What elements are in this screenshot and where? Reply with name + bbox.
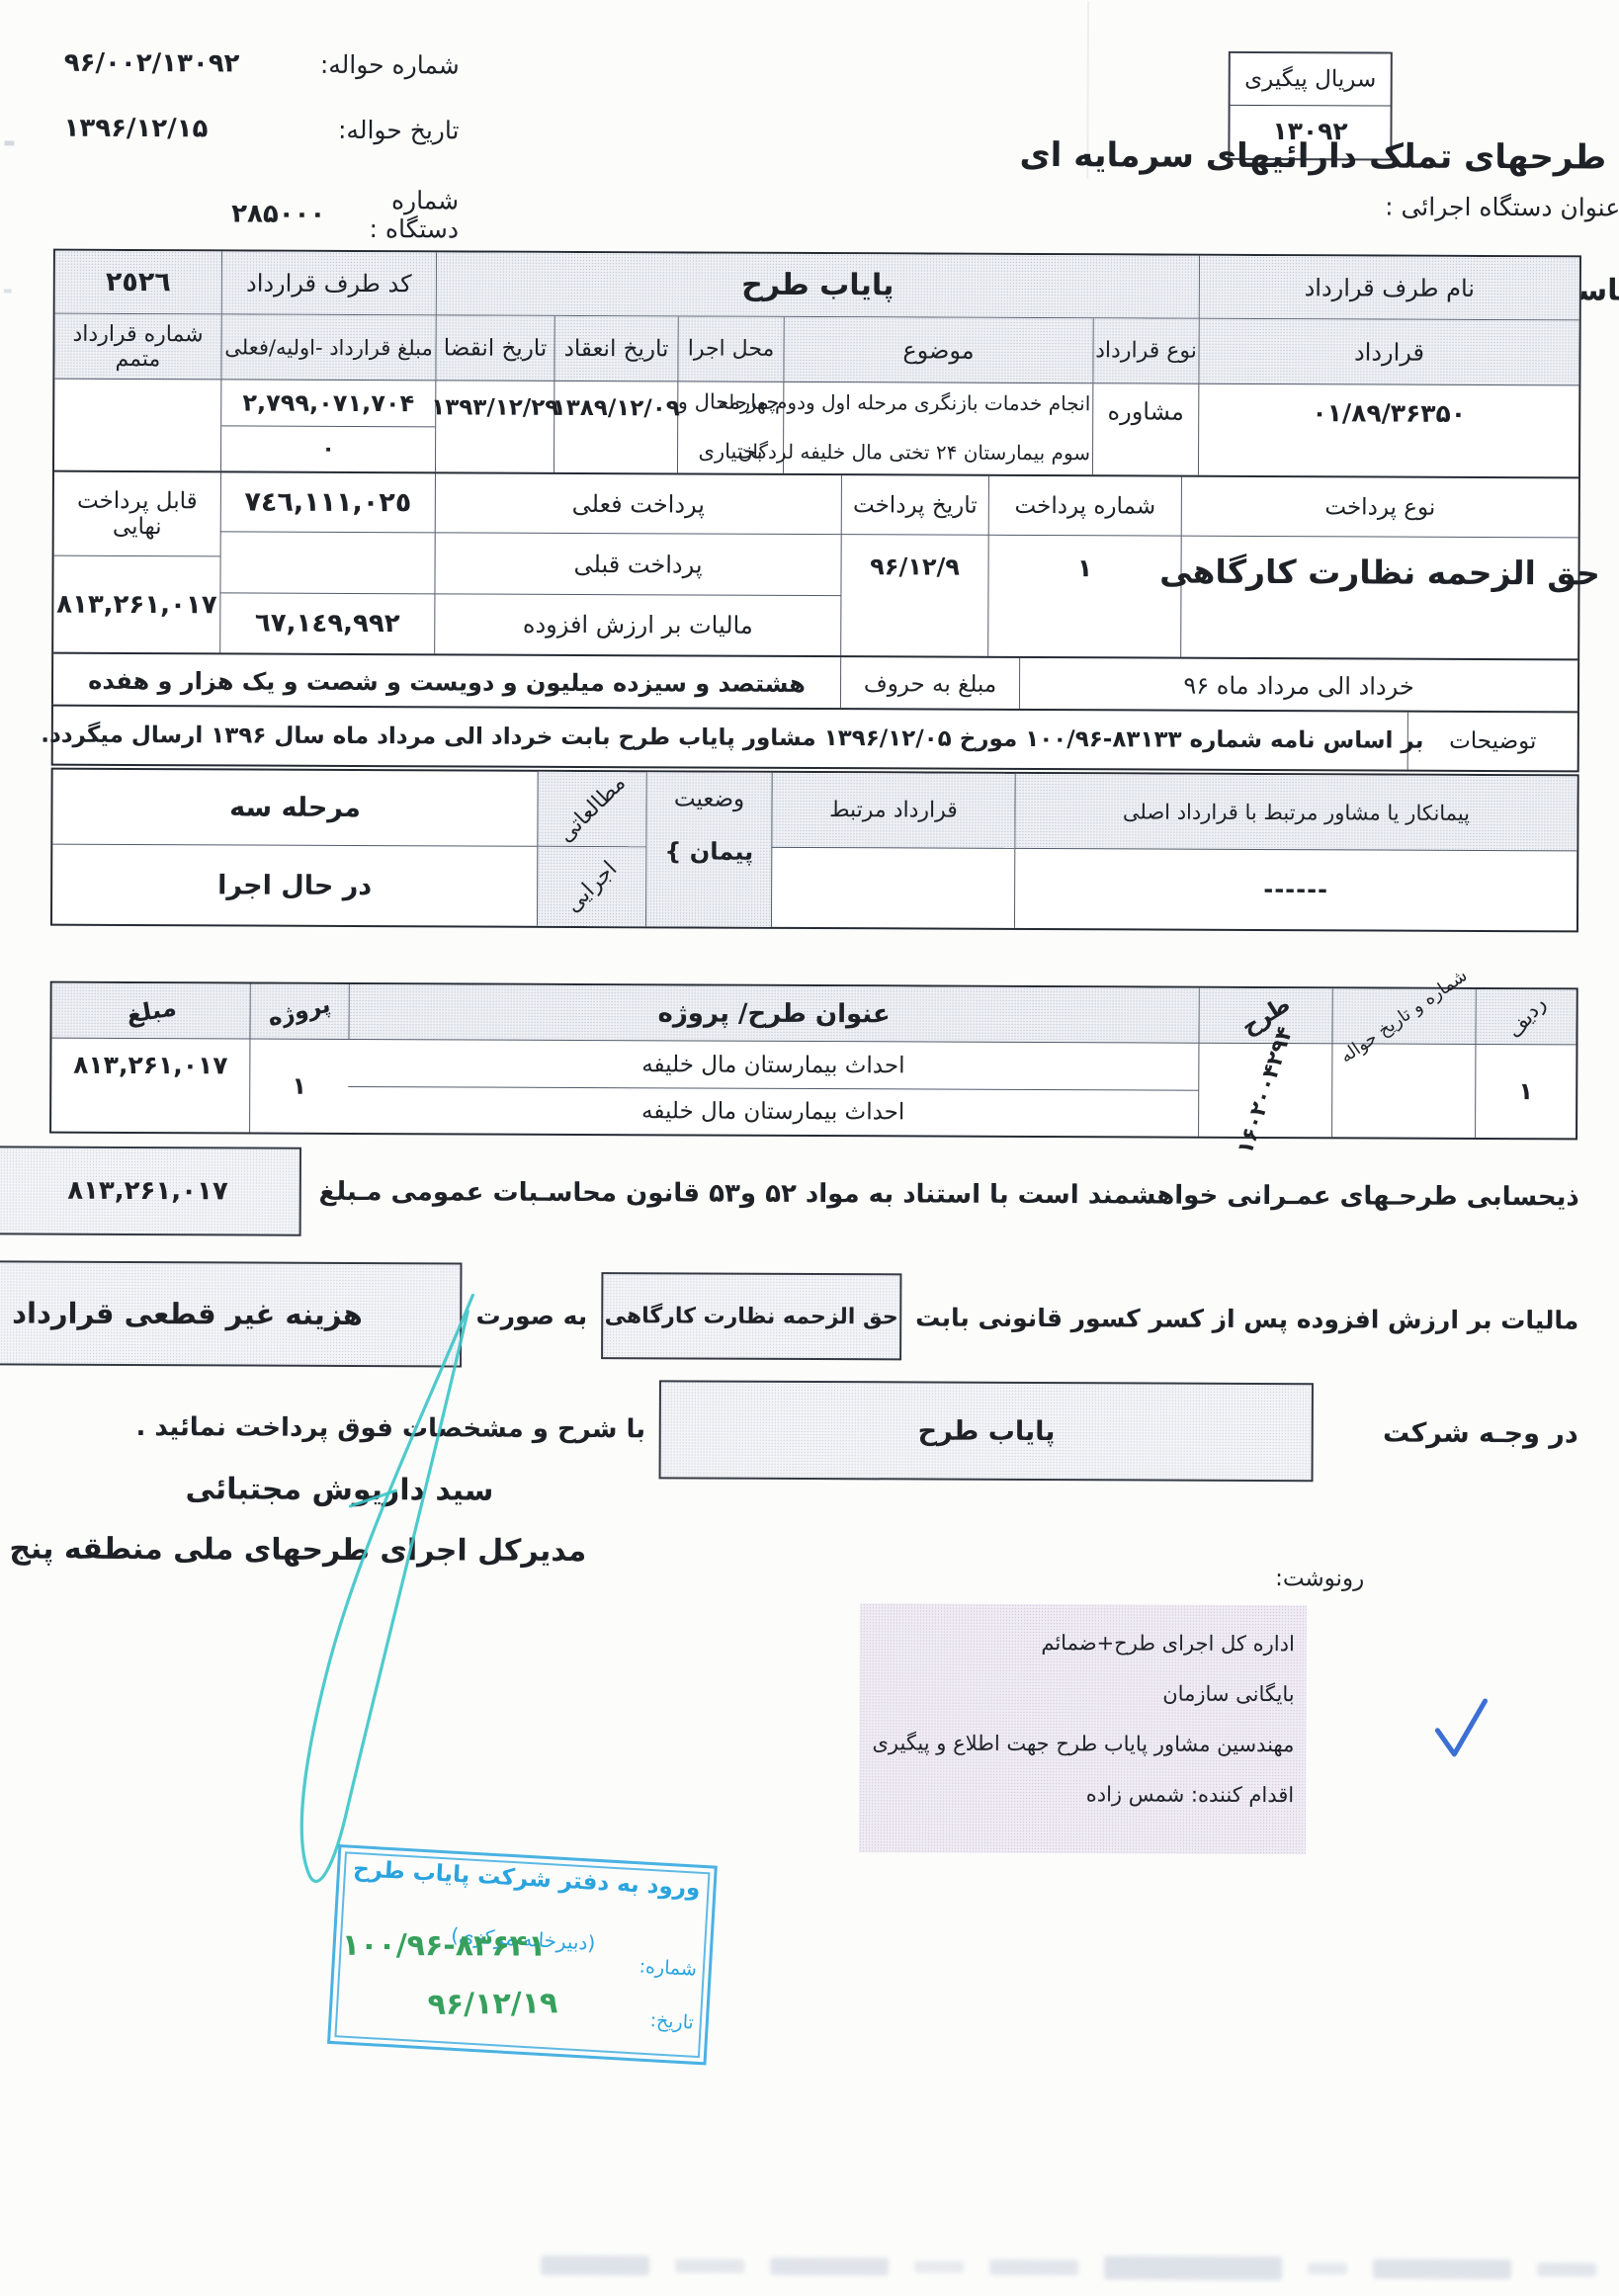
amount-header: مبلغ <box>124 992 178 1028</box>
pay-type-value: حق الزحمه نظارت کارگاهی <box>1180 537 1578 659</box>
pay-date-value: ۹۶/۱۲/۹ <box>840 535 988 656</box>
havaleh-number-value: ۹۶/۰۰۲/۱۳۰۹۲ <box>64 48 240 79</box>
order-paytype-box: حق الزحمه نظارت کارگاهی <box>601 1272 901 1360</box>
device-number-label: شماره دستگاه : <box>325 186 459 244</box>
contract-info-grid: نام طرف قرارداد پایاب طرح کد طرف قرارداد… <box>54 251 1579 477</box>
study-value: اجرایی <box>561 856 623 917</box>
location-cell: چهارمحال و بختیاری <box>677 382 783 472</box>
signatory-name: سید داریوش مجتبائی <box>92 1472 586 1508</box>
copies-label: رونوشت: <box>1275 1566 1364 1591</box>
scan-edge-artifact <box>4 140 14 145</box>
budget-title-line1: احداث بیمارستان مال خلیفه <box>348 1040 1198 1091</box>
study-header-cell: مطالعاتی <box>537 772 645 847</box>
budget-havaleh-ref <box>1331 1044 1475 1138</box>
party-code-label-cell: کد طرف قرارداد <box>221 251 436 315</box>
order-line3: در وجـه شرکت پایاب طرح با شرح و مشخصات ف… <box>39 1379 1578 1483</box>
device-number-row: شماره دستگاه : ۲۸۵۰۰۰ <box>63 185 459 244</box>
sign-date-cell: ۱۳۸۹/۱۲/۰۹ <box>554 382 677 473</box>
copies-item: بایگانی سازمان <box>859 1667 1294 1720</box>
payment-period-cell: خرداد الی مرداد ماه ۹۶ <box>1019 658 1577 714</box>
related-party-header: پیمانکار یا مشاور مرتبط با قرارداد اصلی <box>1014 774 1576 851</box>
project-header: پروژه <box>266 991 333 1031</box>
tracking-serial-label: سریال پیگیری <box>1231 53 1391 107</box>
scan-edge-artifact <box>4 289 12 293</box>
pay-type-header: نوع پرداخت <box>1181 477 1578 539</box>
amount-col-header: مبلغ قرارداد -اولیه/فعلی <box>220 314 435 381</box>
final-payable-cell: قابل پرداخت نهایی ۸۱۳,۲۶۱,۰۱۷ <box>53 472 220 653</box>
stamp-number-label: شماره: <box>639 1955 697 1980</box>
current-payment-value: ٧٤٦,١١١,٠٢٥ <box>220 472 435 533</box>
stage-value: در حال اجرا <box>52 845 537 926</box>
amount-header-cell: مبلغ <box>51 983 249 1040</box>
location-line1: چهارمحال و <box>682 389 779 413</box>
final-payable-label: قابل پرداخت نهایی <box>54 472 220 557</box>
vat-value: ٦٧,١٤٩,٩٩٢ <box>219 593 434 653</box>
contract-amount-value: ۲,۷۹۹,۰۷۱,۷۰۴ <box>221 380 435 427</box>
subject-line2: سوم بیمارستان ۲۴ تختی مال خلیفه لردگان <box>786 440 1090 465</box>
order-company-box: پایاب طرح <box>659 1380 1314 1482</box>
sign-date-col-header: تاریخ انعقاد <box>554 316 677 383</box>
pay-date-header: تاریخ پرداخت <box>841 475 988 536</box>
copies-item: اقدام کننده: شمس زاده <box>859 1768 1294 1821</box>
contract-type-cell: مشاوره <box>1092 383 1198 474</box>
status-header: وضعیت <box>674 786 744 811</box>
budget-title-line2: احداث بیمارستان مال خلیفه <box>348 1087 1198 1137</box>
budget-table: ردیف شماره و تاریخ حواله طرح عنوان طرح/ … <box>49 981 1578 1141</box>
vat-label: مالیات بر ارزش افزوده <box>434 594 840 655</box>
notes-box: توضیحات بر اساس نامه شماره ۸۳۱۳۳-۱۰۰/۹۶ … <box>51 705 1579 773</box>
contract-type-col-header: نوع قرارداد <box>1092 318 1198 383</box>
status-column: وضعیت پیمان } <box>645 772 772 927</box>
stage-header: مرحله سه <box>52 770 537 847</box>
device-number-value: ۲۸۵۰۰۰ <box>231 199 325 228</box>
signatory-block: سید داریوش مجتبائی مدیرکل اجرای طرحهای م… <box>92 1472 586 1569</box>
contract-amount-secondary: ۰ <box>221 426 435 471</box>
previous-payment-value <box>219 532 434 594</box>
contract-amount-cell: ۲,۷۹۹,۰۷۱,۷۰۴ ۰ <box>220 380 435 471</box>
havaleh-ref-header-cell: شماره و تاریخ حواله <box>1331 988 1475 1045</box>
contract-col-header: قرارداد <box>1198 319 1578 386</box>
supplement-cell <box>54 380 220 471</box>
order-line2-text-b: به صورت <box>475 1301 587 1329</box>
scanned-payment-order-document: { "serial_box": { "label": "سریال پیگیری… <box>0 0 1619 2296</box>
subject-cell: انجام خدمات بازنگری مرحله اول ودوم مرحله… <box>783 383 1092 474</box>
order-amount-box: ۸۱۳,۲۶۱,۰۱۷ <box>0 1146 301 1235</box>
party-code-value-cell: ٢٥٢٦ <box>55 251 221 315</box>
stamp-number-handwritten: ۱۰۰/۹۶-۸۳۶۴۱ <box>342 1928 547 1964</box>
related-party-value: ------ <box>1014 849 1576 930</box>
budget-row-number: ۱ <box>1475 1045 1576 1138</box>
havaleh-number-row: شماره حواله: ۹۶/۰۰۲/۱۳۰۹۲ <box>64 48 460 80</box>
pay-number-header: شماره پرداخت <box>988 476 1181 537</box>
location-line2: بختیاری <box>682 439 779 463</box>
row-number-header: ردیف <box>1502 991 1551 1042</box>
agency-label: عنوان دستگاه اجرائی : <box>1388 193 1619 222</box>
stamp-date-handwritten: ۹۶/۱۲/۱۹ <box>427 1986 557 2022</box>
notes-label: توضیحات <box>1407 713 1577 771</box>
party-name-value-cell: پایاب طرح <box>436 252 1199 318</box>
pay-number-value: ۱ <box>987 536 1181 657</box>
row-number-header-cell: ردیف <box>1475 989 1576 1045</box>
order-line1: ذیحسابی طرحـهای عمـرانی خواهشمند است با … <box>40 1146 1579 1243</box>
order-expense-type-box: هزینه غیر قطعی قرارداد <box>0 1260 463 1367</box>
subject-col-header: موضوع <box>783 317 1092 383</box>
study-header: مطالعاتی <box>554 771 631 848</box>
order-line2: مالیات بر ارزش افزوده پس از کسر کسور قان… <box>39 1262 1578 1372</box>
copies-box: اداره کل اجرای طرح+ضمائم بایگانی سازمان … <box>859 1603 1307 1854</box>
havaleh-number-label: شماره حواله: <box>320 49 460 79</box>
expire-date-cell: ۱۳۹۳/۱۲/۲۹ <box>435 381 554 472</box>
contract-table: نام طرف قرارداد پایاب طرح کد طرف قرارداد… <box>51 249 1581 717</box>
order-line3-text-a: در وجـه شرکت <box>1383 1417 1578 1449</box>
notes-text: بر اساس نامه شماره ۸۳۱۳۳-۱۰۰/۹۶ مورخ ۱۳۹… <box>57 707 1407 770</box>
document-title: حواله پرداخت طرحهای تملک دارائیهای سرمای… <box>936 131 1619 183</box>
amount-words-value: هشتصد و سیزده میلیون و دویست و شصت و یک … <box>53 654 840 711</box>
final-payable-value: ۸۱۳,۲۶۱,۰۱۷ <box>53 556 219 653</box>
party-name-label-cell: نام طرف قرارداد <box>1199 256 1579 321</box>
paper-sheet: سریال پیگیری ۱۳۰۹۲ بسمه تعالی حواله پردا… <box>0 0 1619 2296</box>
entry-stamp: ورود به دفتر شرکت پایاب طرح (دبیرخانه مر… <box>327 1844 718 2065</box>
havaleh-date-label: تاریخ حواله: <box>338 115 460 144</box>
contract-number-cell: ۰۱/۸۹/۳۶۳۵۰ <box>1198 384 1578 477</box>
signatory-title: مدیرکل اجرای طرحهای ملی منطقه پنج و شش <box>92 1532 586 1569</box>
amount-words-label: مبلغ به حروف <box>840 657 1019 712</box>
stamp-date-label: تاریخ: <box>649 2009 694 2033</box>
havaleh-date-row: تاریخ حواله: ۱۳۹۶/۱۲/۱۵ <box>63 114 459 145</box>
budget-plan-code-cell: ۱۶۰۲۰۰۴۲۹۴ <box>1198 1044 1331 1138</box>
bleed-through-artifact <box>410 2244 1596 2290</box>
project-header-cell: پروژه <box>249 984 348 1040</box>
related-contract-header: قرارداد مرتبط <box>771 773 1014 849</box>
expire-date-col-header: تاریخ انقضا <box>435 315 554 382</box>
order-line2-text-a: مالیات بر ارزش افزوده پس از کسر کسور قان… <box>915 1303 1578 1334</box>
budget-plan-code: ۱۶۰۲۰۰۴۲۹۴ <box>1233 1023 1298 1156</box>
plan-title-header: عنوان طرح/ پروژه <box>348 984 1198 1044</box>
location-col-header: محل اجرا <box>677 316 783 382</box>
havaleh-date-value: ۱۳۹۶/۱۲/۱۵ <box>63 114 208 144</box>
previous-payment-label: پرداخت قبلی <box>434 533 840 596</box>
check-icon <box>1423 1689 1498 1764</box>
copies-item: اداره کل اجرای طرح+ضمائم <box>860 1617 1295 1669</box>
copies-item: مهندسین مشاور پایاب طرح جهت اطلاع و پیگی… <box>859 1718 1294 1770</box>
current-payment-label: پرداخت فعلی <box>435 473 841 535</box>
budget-amount: ۸۱۳,۲۶۱,۰۱۷ <box>51 1039 249 1133</box>
subject-line1: انجام خدمات بازنگری مرحله اول ودوم مرحله <box>786 390 1090 415</box>
payment-grid: نوع پرداخت شماره پرداخت تاریخ پرداخت پرد… <box>53 470 1578 659</box>
order-line3-text-b: با شرح و مشخصات فوق پرداخت نمائید . <box>135 1412 645 1444</box>
order-line1-text-a: ذیحسابی طرحـهای عمـرانی خواهشمند است با … <box>318 1177 1578 1213</box>
plan-header-cell: طرح <box>1198 988 1331 1045</box>
budget-project-number: ۱ <box>249 1040 348 1133</box>
status-table: پیمانکار یا مشاور مرتبط با قرارداد اصلی … <box>50 768 1579 933</box>
supplement-col-header: شماره قرارداد متمم <box>54 314 220 381</box>
study-value-cell: اجرایی <box>537 847 645 926</box>
status-value: پیمان } <box>664 837 753 865</box>
related-contract-value <box>771 848 1014 928</box>
